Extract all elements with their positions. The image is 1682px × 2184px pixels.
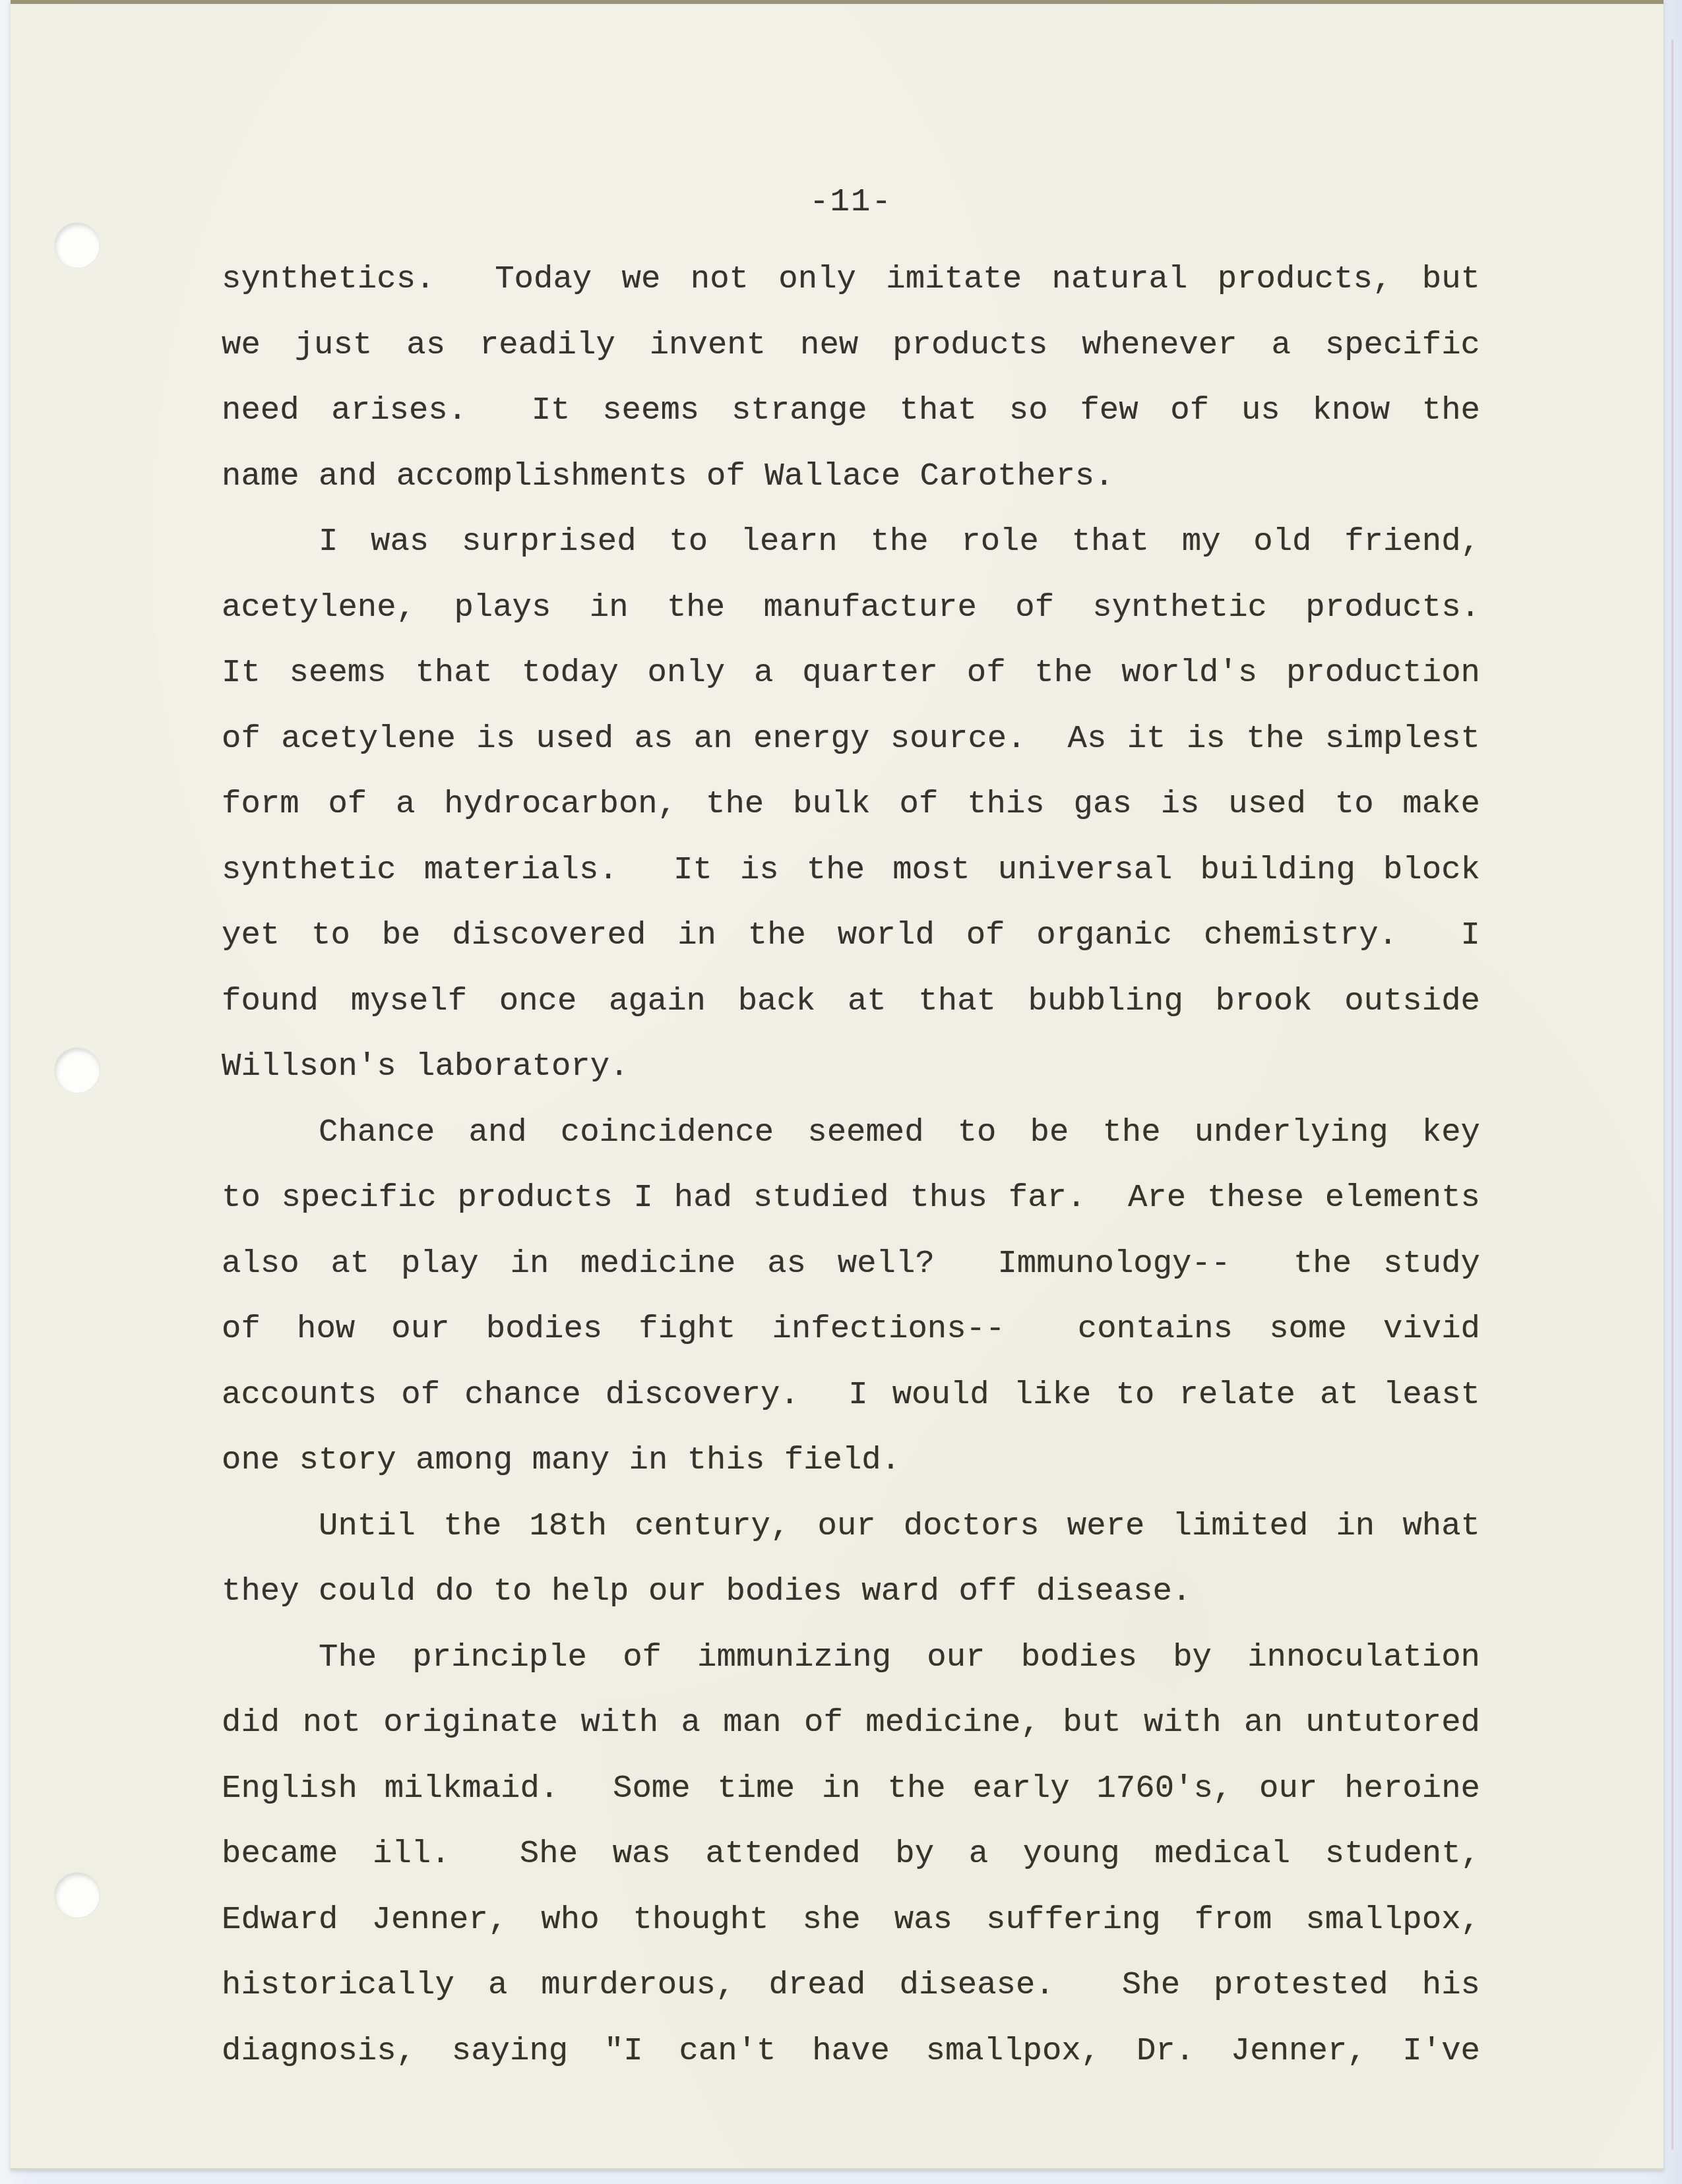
- text-line: historically a murderous, dread disease.…: [222, 1953, 1480, 2018]
- text-line: It seems that today only a quarter of th…: [222, 640, 1480, 706]
- hole-punch-top: [55, 223, 100, 268]
- text-line: Chance and coincidence seemed to be the …: [222, 1100, 1480, 1166]
- text-line: to specific products I had studied thus …: [222, 1165, 1480, 1231]
- text-line: accounts of chance discovery. I would li…: [222, 1362, 1480, 1428]
- page-number: -11-: [222, 183, 1480, 220]
- text-line: synthetic materials. It is the most univ…: [222, 837, 1480, 903]
- text-line: also at play in medicine as well? Immuno…: [222, 1231, 1480, 1297]
- text-line: found myself once again back at that bub…: [222, 969, 1480, 1035]
- text-line: Willson's laboratory.: [222, 1034, 1480, 1100]
- text-line: they could do to help our bodies ward of…: [222, 1559, 1480, 1625]
- text-line: acetylene, plays in the manufacture of s…: [222, 575, 1480, 641]
- text-line: English milkmaid. Some time in the early…: [222, 1756, 1480, 1822]
- text-line: became ill. She was attended by a young …: [222, 1821, 1480, 1887]
- hole-punch-middle: [55, 1048, 100, 1093]
- text-line: form of a hydrocarbon, the bulk of this …: [222, 772, 1480, 837]
- text-line: Edward Jenner, who thought she was suffe…: [222, 1887, 1480, 1953]
- text-line: of acetylene is used as an energy source…: [222, 706, 1480, 772]
- text-line: Until the 18th century, our doctors were…: [222, 1494, 1480, 1560]
- text-line: I was surprised to learn the role that m…: [222, 509, 1480, 575]
- body-text: synthetics. Today we not only imitate na…: [222, 247, 1480, 2084]
- text-line: diagnosis, saying "I can't have smallpox…: [222, 2018, 1480, 2084]
- text-line: need arises. It seems strange that so fe…: [222, 378, 1480, 444]
- text-line: name and accomplishments of Wallace Caro…: [222, 444, 1480, 510]
- hole-punch-bottom: [55, 1873, 100, 1918]
- text-line: we just as readily invent new products w…: [222, 313, 1480, 379]
- text-line: synthetics. Today we not only imitate na…: [222, 247, 1480, 313]
- scan-artifact-line: [1671, 40, 1673, 2150]
- text-line: yet to be discovered in the world of org…: [222, 903, 1480, 969]
- text-line: did not originate with a man of medicine…: [222, 1690, 1480, 1756]
- text-line: The principle of immunizing our bodies b…: [222, 1625, 1480, 1691]
- paper-sheet: -11- synthetics. Today we not only imita…: [11, 0, 1664, 2170]
- text-line: of how our bodies fight infections-- con…: [222, 1296, 1480, 1362]
- text-line: one story among many in this field.: [222, 1428, 1480, 1494]
